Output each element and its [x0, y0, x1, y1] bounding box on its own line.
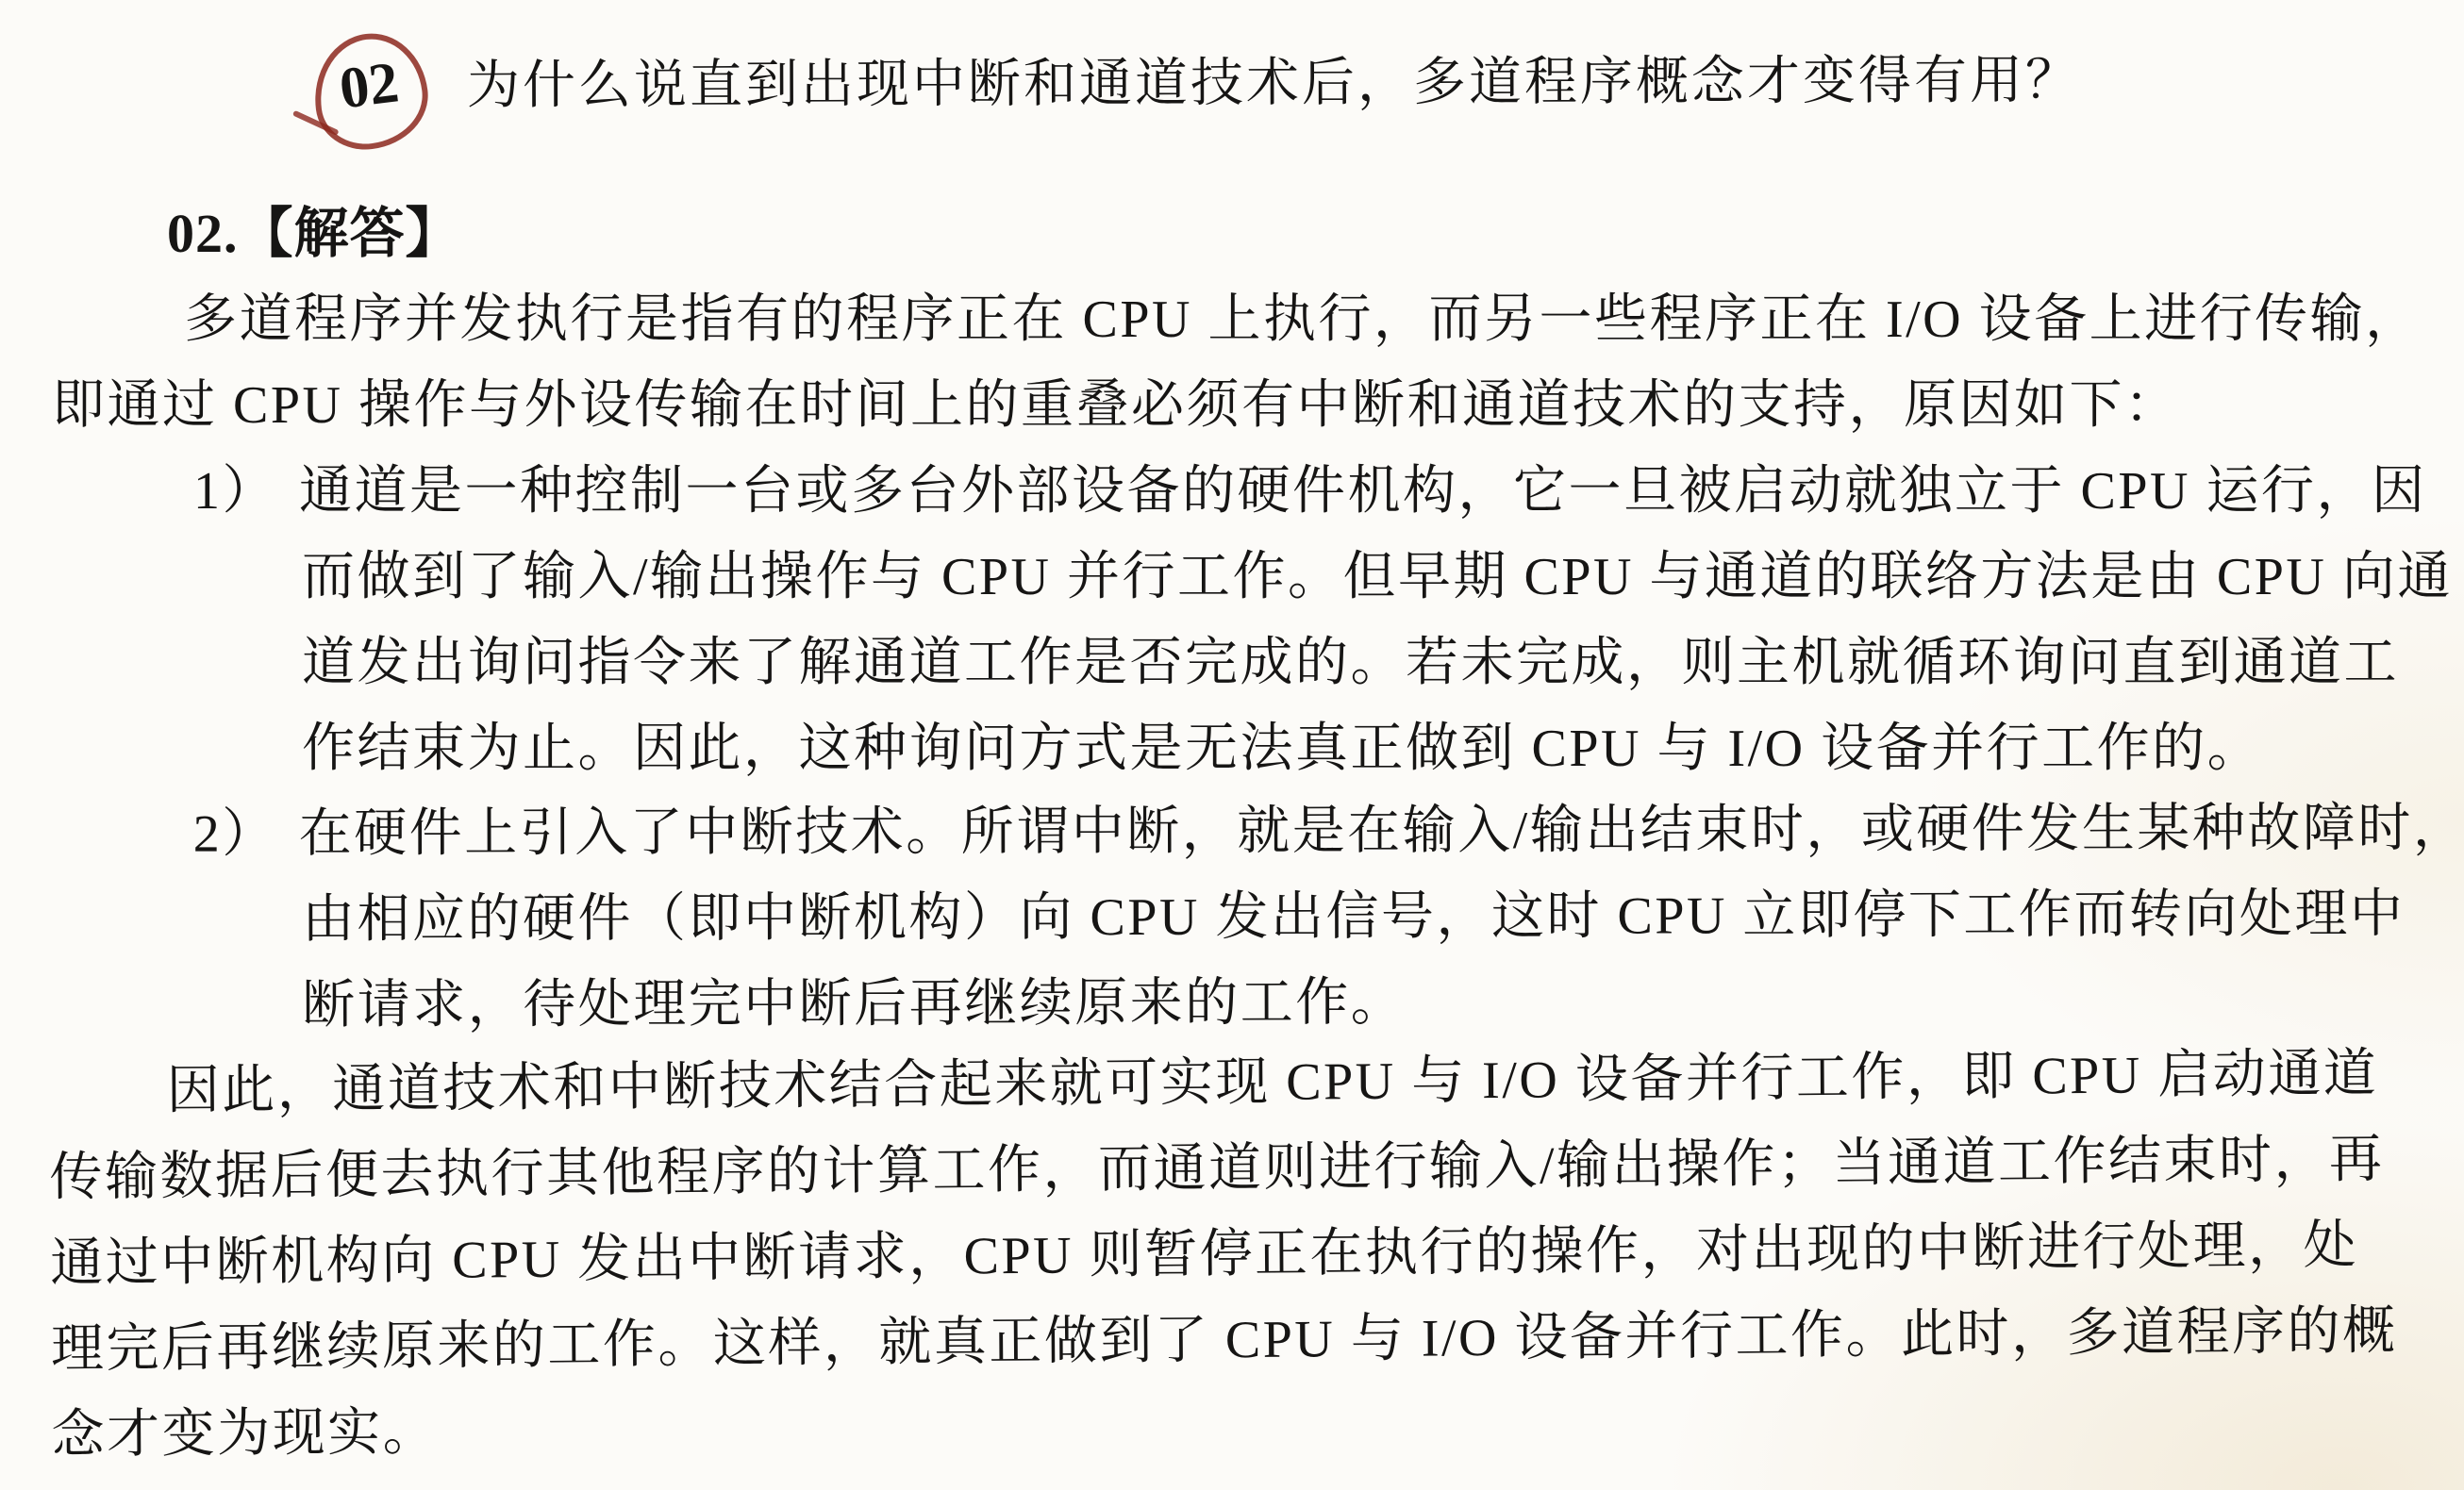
paragraph-line: 道发出询问指令来了解通道工作是否完成的。若未完成，则主机就循环询问直到通道工 — [302, 621, 2426, 706]
answer-list-item-1: 1）通道是一种控制一台或多台外部设备的硬件机构，它一旦被启动就独立于 CPU 运… — [52, 449, 2426, 792]
paragraph-line: 多道程序并发执行是指有的程序正在 CPU 上执行，而另一些程序正在 I/O 设备… — [184, 277, 2426, 363]
list-item-2-text: 在硬件上引入了中断技术。所谓中断，就是在输入/输出结束时，或硬件发生某种故障时， — [299, 799, 2464, 863]
list-item-1-text: 通道是一种控制一台或多台外部设备的硬件机构，它一旦被启动就独立于 CPU 运行，… — [299, 462, 2426, 521]
document-page: 02 为什么说直到出现中断和通道技术后，多道程序概念才变得有用？ 02.【解答】… — [0, 0, 2464, 1490]
answer-heading: 02.【解答】 — [167, 190, 2426, 277]
question-row: 02 为什么说直到出现中断和通道技术后，多道程序概念才变得有用？ — [314, 34, 2426, 149]
paragraph-line: 1）通道是一种控制一台或多台外部设备的硬件机构，它一旦被启动就独立于 CPU 运… — [193, 449, 2426, 535]
paragraph-line: 即通过 CPU 操作与外设传输在时间上的重叠必须有中断和通道技术的支持，原因如下… — [52, 363, 2426, 449]
paragraph-line: 2）在硬件上引入了中断技术。所谓中断，就是在输入/输出结束时，或硬件发生某种故障… — [193, 786, 2426, 877]
question-number: 02 — [336, 50, 402, 121]
paragraph-line: 由相应的硬件（即中断机构）向 CPU 发出信号，这时 CPU 立即停下工作而转向… — [302, 871, 2426, 963]
answer-intro-paragraph: 多道程序并发执行是指有的程序正在 CPU 上执行，而另一些程序正在 I/O 设备… — [52, 277, 2426, 449]
paragraph-line: 念才变为现实。 — [51, 1374, 2426, 1479]
answer-conclusion-paragraph: 因此，通道技术和中断技术结合起来就可实现 CPU 与 I/O 设备并行工作，即 … — [48, 1031, 2425, 1479]
paragraph-line: 作结束为止。因此，这种询问方式是无法真正做到 CPU 与 I/O 设备并行工作的… — [302, 706, 2426, 792]
list-item-2-marker: 2） — [193, 791, 299, 877]
question-text: 为什么说直到出现中断和通道技术后，多道程序概念才变得有用？ — [467, 35, 2081, 131]
list-item-1-marker: 1） — [193, 449, 299, 535]
question-number-red-circle: 02 — [308, 27, 434, 156]
paragraph-line: 而做到了输入/输出操作与 CPU 并行工作。但早期 CPU 与通道的联络方法是由… — [302, 535, 2426, 621]
answer-list-item-2: 2）在硬件上引入了中断技术。所谓中断，就是在输入/输出结束时，或硬件发生某种故障… — [52, 786, 2427, 1050]
